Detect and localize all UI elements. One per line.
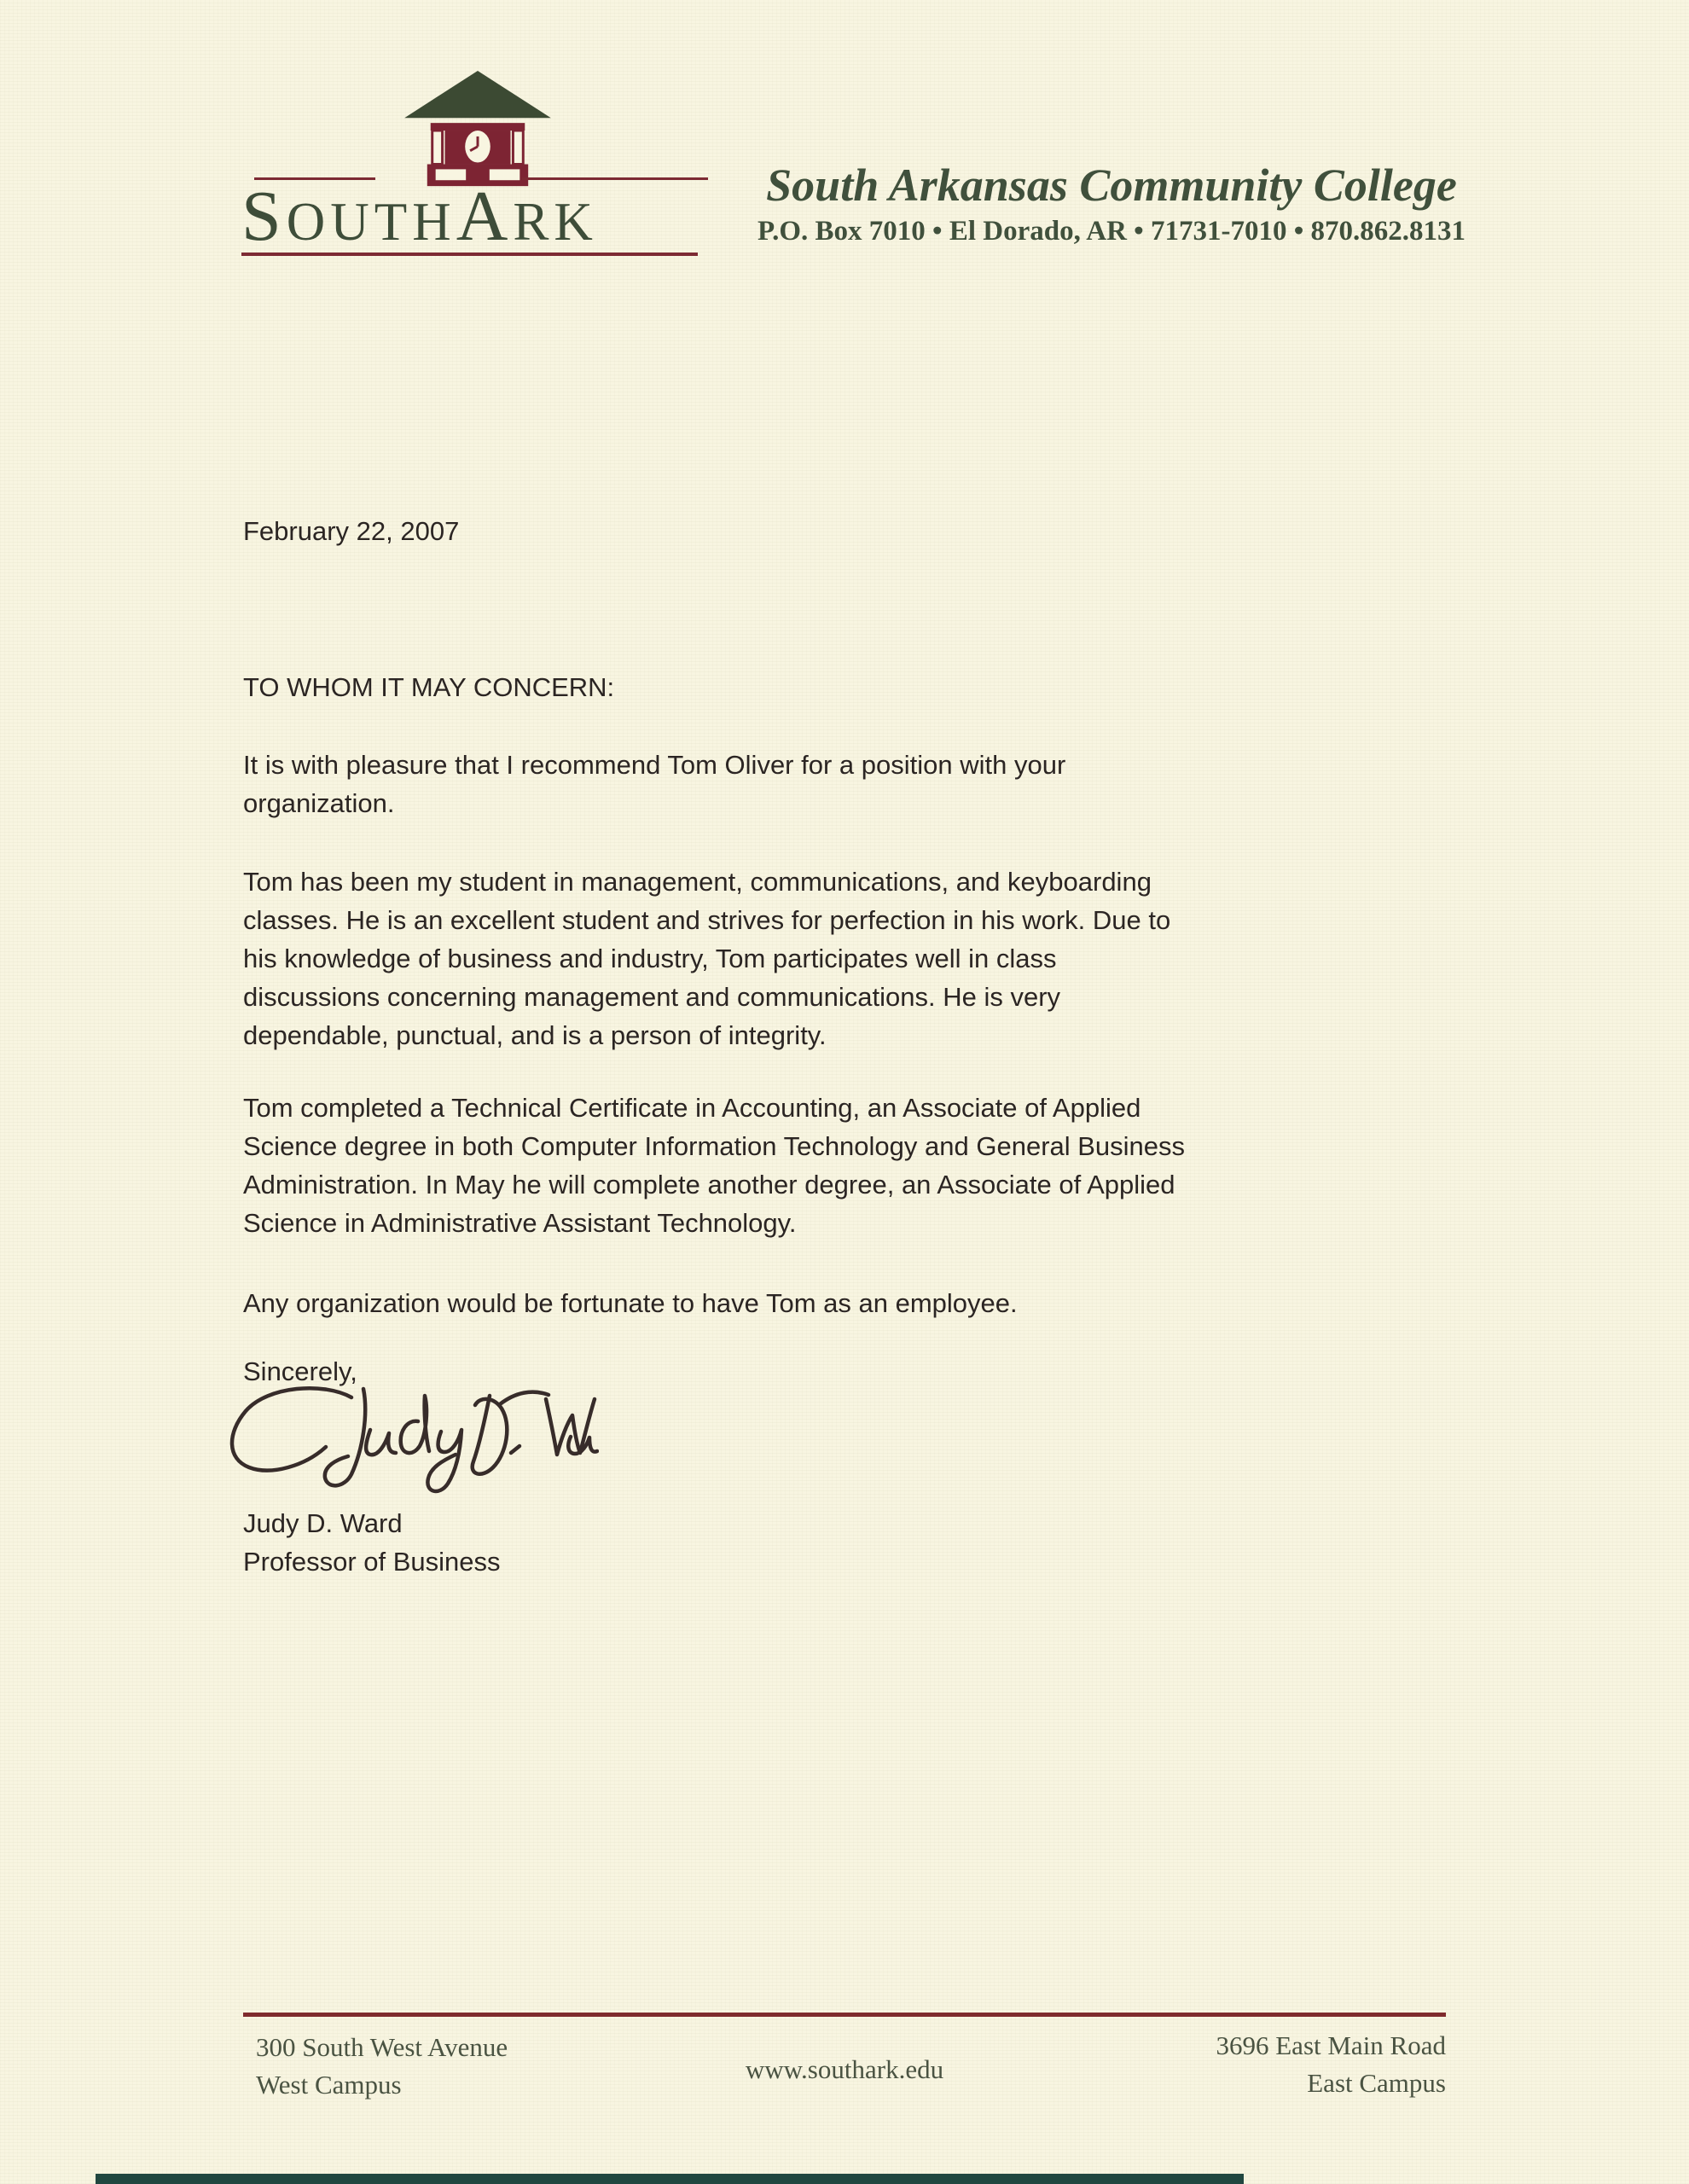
college-name-block: South Arkansas Community College P.O. Bo… (723, 160, 1500, 247)
paragraph-4: Any organization would be fortunate to h… (243, 1284, 1437, 1322)
footer-rule (243, 2013, 1446, 2017)
signer-block: Judy D. Ward Professor of Business (243, 1504, 1437, 1581)
southark-wordmark: SOUTHARK (241, 181, 702, 253)
footer-east-address: 3696 East Main Road (934, 2027, 1446, 2065)
paragraph-3: Tom completed a Technical Certificate in… (243, 1089, 1437, 1242)
letter-page: SOUTHARK South Arkansas Community Colleg… (0, 0, 1689, 2184)
college-address-line: P.O. Box 7010 • El Dorado, AR • 71731-70… (723, 216, 1500, 247)
clock-tower-logo-icon (401, 68, 554, 195)
handwritten-signature (223, 1372, 599, 1504)
paragraph-2: Tom has been my student in management, c… (243, 863, 1437, 1054)
footer-east-campus: 3696 East Main Road East Campus (934, 2027, 1446, 2102)
salutation: TO WHOM IT MAY CONCERN: (243, 668, 1437, 706)
wordmark-letters: OUTH (287, 192, 456, 252)
wordmark-letters: RK (513, 192, 598, 252)
scan-edge-artifact (96, 2174, 1244, 2184)
signer-title: Professor of Business (243, 1542, 1437, 1581)
wordmark-underline (241, 253, 698, 256)
signer-name: Judy D. Ward (243, 1504, 1437, 1542)
paragraph-1: It is with pleasure that I recommend Tom… (243, 746, 1437, 822)
college-name: South Arkansas Community College (723, 160, 1500, 211)
wordmark-letter: A (456, 177, 514, 256)
footer-east-label: East Campus (934, 2065, 1446, 2102)
letterhead-rule-right (522, 177, 708, 180)
wordmark-letter: S (241, 177, 287, 256)
letter-date: February 22, 2007 (243, 512, 1437, 550)
